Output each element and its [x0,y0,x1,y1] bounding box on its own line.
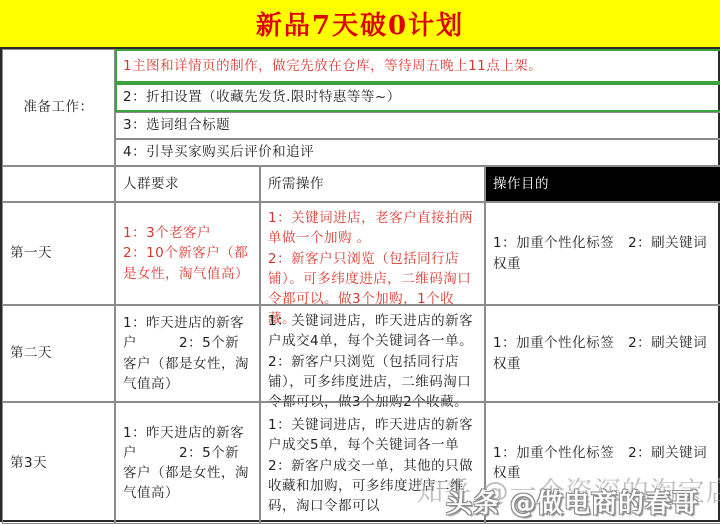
day2-actions-cell: 1：关键词进店，昨天进店的新客户成交4单，每个关键词各一单。 2：新客户只浏览（… [260,305,485,402]
prep-label-cell: 准备工作： [2,49,115,166]
day2-label: 第二天 [2,305,115,402]
prep-task-row-4: 4：引导买家购买后评价和追评 [115,139,720,166]
day1-purpose-cell: 1：加重个性化标签 2：刷关键词权重 [485,202,720,305]
header-purpose: 操作目的 [485,166,720,202]
day1-audience-cell: 1：3个老客户 2：10个新客户（都是女性，淘气值高） [115,202,260,305]
plan-table: 准备工作： 1主图和详情页的制作，做完先放在仓库，等待周五晚上11点上架。 2：… [0,47,720,522]
prep-task-row-3: 3：选词组合标题 [115,112,720,139]
header-actions: 所需操作 [260,166,485,202]
day3-audience-cell: 1：昨天进店的新客户 2：5个新客户（都是女性，淘气值高） [115,402,260,524]
day2-audience-cell: 1：昨天进店的新客户 2：5个新客户（都是女性，淘气值高） [115,305,260,402]
spreadsheet-screenshot: 新品7天破0计划 准备工作： 1主图和详情页的制作，做完先放在仓库，等待周五晚上… [0,0,720,524]
header-corner-cell [2,166,115,202]
prep-task-row-1: 1主图和详情页的制作，做完先放在仓库，等待周五晚上11点上架。 [115,49,720,83]
plan-title: 新品7天破0计划 [0,0,720,47]
prep-task-row-2: 2：折扣设置（收藏先发货.限时特惠等等~） [115,83,720,112]
day2-purpose-cell: 1：加重个性化标签 2：刷关键词权重 [485,305,720,402]
day3-label: 第3天 [2,402,115,524]
day1-label: 第一天 [2,202,115,305]
toutiao-watermark: 头条 @做电商的春哥 [446,483,699,520]
header-audience: 人群要求 [115,166,260,202]
day1-actions-cell: 1：关键词进店，老客户直接拍两单做一个加购 。 2：新客户只浏览（包括同行店铺）… [260,202,485,305]
